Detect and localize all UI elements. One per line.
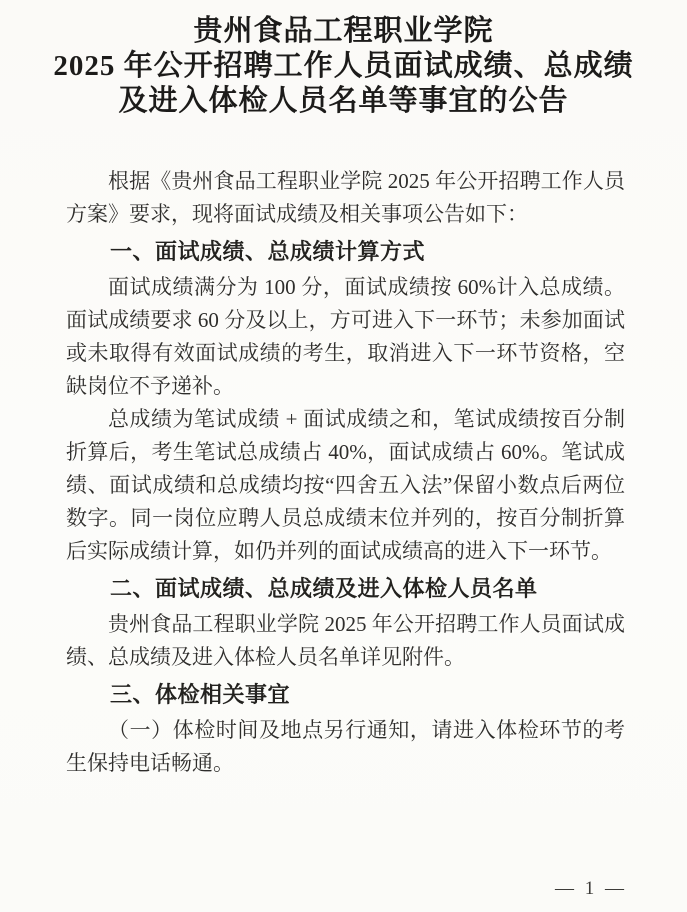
section-2-paragraph-1: 贵州食品工程职业学院 2025 年公开招聘工作人员面试成绩、总成绩及进入体检人员… — [66, 608, 625, 674]
section-3-heading: 三、体检相关事宜 — [66, 678, 625, 712]
title-line-3: 及进入体检人员名单等事宜的公告 — [0, 84, 687, 119]
page-number: — 1 — — [555, 878, 627, 900]
section-1-paragraph-1: 面试成绩满分为 100 分，面试成绩按 60%计入总成绩。面试成绩要求 60 分… — [66, 271, 625, 403]
scanned-document-page: 贵州食品工程职业学院 2025 年公开招聘工作人员面试成绩、总成绩 及进入体检人… — [0, 0, 687, 912]
document-title: 贵州食品工程职业学院 2025 年公开招聘工作人员面试成绩、总成绩 及进入体检人… — [0, 0, 687, 119]
section-2-heading: 二、面试成绩、总成绩及进入体检人员名单 — [66, 572, 625, 606]
title-line-2: 2025 年公开招聘工作人员面试成绩、总成绩 — [0, 49, 687, 84]
document-body: 根据《贵州食品工程职业学院 2025 年公开招聘工作人员方案》要求，现将面试成绩… — [0, 165, 687, 780]
section-3-paragraph-1: （一）体检时间及地点另行通知，请进入体检环节的考生保持电话畅通。 — [66, 714, 625, 780]
title-line-1: 贵州食品工程职业学院 — [0, 14, 687, 49]
intro-paragraph: 根据《贵州食品工程职业学院 2025 年公开招聘工作人员方案》要求，现将面试成绩… — [66, 165, 625, 231]
section-1-paragraph-2: 总成绩为笔试成绩 + 面试成绩之和，笔试成绩按百分制折算后，考生笔试总成绩占 4… — [66, 403, 625, 568]
section-1-heading: 一、面试成绩、总成绩计算方式 — [66, 235, 625, 269]
